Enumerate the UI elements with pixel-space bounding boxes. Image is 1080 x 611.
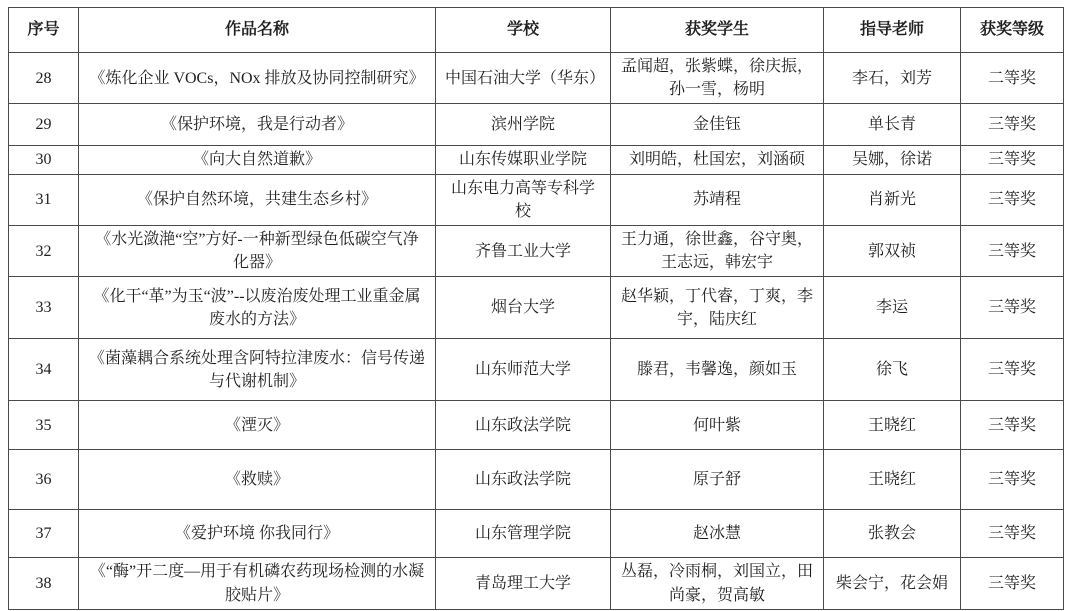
cell-students: 刘明皓，杜国宏，刘涵硕 [611,146,824,174]
cell-school: 山东管理学院 [436,510,611,558]
cell-teachers: 张教会 [824,510,961,558]
cell-school: 中国石油大学（华东） [436,53,611,104]
table-row: 32《水光潋滟“空”方好-一种新型绿色低碳空气净化器》齐鲁工业大学王力通，徐世鑫… [9,225,1064,276]
cell-school: 山东电力高等专科学校 [436,174,611,225]
column-header-award: 获奖等级 [961,8,1064,53]
cell-serial: 38 [9,558,79,609]
cell-title: 《救赎》 [79,450,436,510]
table-row: 30《向大自然道歉》山东传媒职业学院刘明皓，杜国宏，刘涵硕吴娜，徐诺三等奖 [9,146,1064,174]
cell-award: 三等奖 [961,277,1064,339]
column-header-serial: 序号 [9,8,79,53]
cell-school: 山东政法学院 [436,401,611,450]
cell-serial: 32 [9,225,79,276]
cell-teachers: 徐飞 [824,339,961,401]
cell-teachers: 单长青 [824,104,961,146]
table-row: 35《湮灭》山东政法学院何叶紫王晓红三等奖 [9,401,1064,450]
cell-award: 三等奖 [961,558,1064,609]
cell-title: 《保护环境，我是行动者》 [79,104,436,146]
cell-school: 齐鲁工业大学 [436,225,611,276]
cell-title: 《化干“革”为玉“波”--以废治废处理工业重金属废水的方法》 [79,277,436,339]
column-header-title: 作品名称 [79,8,436,53]
cell-award: 三等奖 [961,174,1064,225]
cell-serial: 36 [9,450,79,510]
cell-students: 赵华颖，丁代睿，丁爽，李宇，陆庆红 [611,277,824,339]
cell-award: 三等奖 [961,225,1064,276]
column-header-school: 学校 [436,8,611,53]
cell-school: 青岛理工大学 [436,558,611,609]
table-body: 28《炼化企业 VOCs，NOx 排放及协同控制研究》中国石油大学（华东）孟闻超… [9,53,1064,610]
column-header-students: 获奖学生 [611,8,824,53]
table-header: 序号作品名称学校获奖学生指导老师获奖等级 [9,8,1064,53]
cell-award: 三等奖 [961,104,1064,146]
cell-teachers: 李运 [824,277,961,339]
header-row: 序号作品名称学校获奖学生指导老师获奖等级 [9,8,1064,53]
cell-teachers: 柴会宁，花会娟 [824,558,961,609]
cell-teachers: 李石，刘芳 [824,53,961,104]
cell-serial: 31 [9,174,79,225]
cell-teachers: 肖新光 [824,174,961,225]
cell-students: 孟闻超，张紫蝶，徐庆振，孙一雪，杨明 [611,53,824,104]
cell-title: 《水光潋滟“空”方好-一种新型绿色低碳空气净化器》 [79,225,436,276]
cell-serial: 35 [9,401,79,450]
awards-table: 序号作品名称学校获奖学生指导老师获奖等级 28《炼化企业 VOCs，NOx 排放… [8,7,1064,610]
cell-school: 滨州学院 [436,104,611,146]
table-row: 33《化干“革”为玉“波”--以废治废处理工业重金属废水的方法》烟台大学赵华颖，… [9,277,1064,339]
table-row: 36《救赎》山东政法学院原子舒王晓红三等奖 [9,450,1064,510]
cell-school: 烟台大学 [436,277,611,339]
cell-teachers: 郭双祯 [824,225,961,276]
cell-students: 王力通，徐世鑫，谷守奥，王志远，韩宏宇 [611,225,824,276]
cell-title: 《保护自然环境，共建生态乡村》 [79,174,436,225]
cell-award: 三等奖 [961,450,1064,510]
cell-school: 山东政法学院 [436,450,611,510]
cell-students: 原子舒 [611,450,824,510]
cell-serial: 28 [9,53,79,104]
table-row: 37《爱护环境 你我同行》山东管理学院赵冰慧张教会三等奖 [9,510,1064,558]
cell-serial: 33 [9,277,79,339]
cell-title: 《爱护环境 你我同行》 [79,510,436,558]
cell-title: 《“酶”开二度—用于有机磷农药现场检测的水凝胶贴片》 [79,558,436,609]
cell-serial: 29 [9,104,79,146]
cell-students: 丛磊，冷雨桐，刘国立，田尚豪，贺高敏 [611,558,824,609]
table-row: 34《菌藻耦合系统处理含阿特拉津废水：信号传递与代谢机制》山东师范大学滕君，韦馨… [9,339,1064,401]
cell-award: 三等奖 [961,339,1064,401]
cell-award: 三等奖 [961,510,1064,558]
cell-teachers: 王晓红 [824,450,961,510]
cell-students: 滕君，韦馨逸，颜如玉 [611,339,824,401]
table-row: 31《保护自然环境，共建生态乡村》山东电力高等专科学校苏靖程肖新光三等奖 [9,174,1064,225]
cell-students: 苏靖程 [611,174,824,225]
cell-serial: 30 [9,146,79,174]
table-row: 38《“酶”开二度—用于有机磷农药现场检测的水凝胶贴片》青岛理工大学丛磊，冷雨桐… [9,558,1064,609]
table-row: 28《炼化企业 VOCs，NOx 排放及协同控制研究》中国石油大学（华东）孟闻超… [9,53,1064,104]
cell-students: 赵冰慧 [611,510,824,558]
cell-title: 《菌藻耦合系统处理含阿特拉津废水：信号传递与代谢机制》 [79,339,436,401]
cell-serial: 37 [9,510,79,558]
cell-school: 山东传媒职业学院 [436,146,611,174]
cell-school: 山东师范大学 [436,339,611,401]
cell-title: 《炼化企业 VOCs，NOx 排放及协同控制研究》 [79,53,436,104]
document-page: 序号作品名称学校获奖学生指导老师获奖等级 28《炼化企业 VOCs，NOx 排放… [0,0,1080,611]
cell-serial: 34 [9,339,79,401]
cell-students: 何叶紫 [611,401,824,450]
cell-teachers: 王晓红 [824,401,961,450]
table-row: 29《保护环境，我是行动者》滨州学院金佳钰单长青三等奖 [9,104,1064,146]
cell-students: 金佳钰 [611,104,824,146]
column-header-teachers: 指导老师 [824,8,961,53]
cell-award: 二等奖 [961,53,1064,104]
cell-title: 《湮灭》 [79,401,436,450]
cell-teachers: 吴娜，徐诺 [824,146,961,174]
cell-award: 三等奖 [961,146,1064,174]
cell-award: 三等奖 [961,401,1064,450]
cell-title: 《向大自然道歉》 [79,146,436,174]
